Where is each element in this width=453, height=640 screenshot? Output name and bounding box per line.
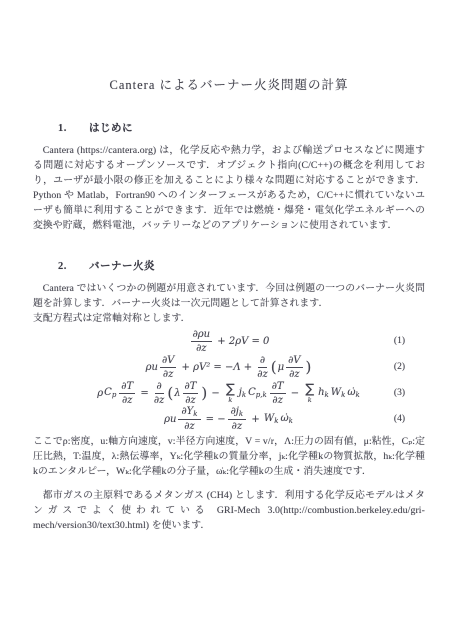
section-1-heading: 1.はじめに [58,122,425,135]
equation-2: ρu∂V∂z + ρV² = −Λ + ∂∂z(μ∂V∂z) (2) [33,354,425,380]
equation-2-formula: ρu∂V∂z + ρV² = −Λ + ∂∂z(μ∂V∂z) [146,355,313,380]
section-1-number: 1. [58,122,89,135]
section-1-title: はじめに [89,123,133,134]
equations-block: ∂ρu∂z + 2ρV = 0 (1) ρu∂V∂z + ρV² = −Λ + … [33,328,425,432]
document-page: Cantera によるバーナー火炎問題の計算 1.はじめに Cantera (h… [0,0,453,640]
equation-3: ρCp∂T∂z = ∂∂z(λ∂T∂z) − ∑kjkCp,k∂T∂z − ∑k… [33,380,425,406]
section-2-title: バーナー火炎 [89,261,155,272]
equation-1: ∂ρu∂z + 2ρV = 0 (1) [33,328,425,354]
section-2-number: 2. [58,260,89,273]
equation-4-formula: ρu∂Yk∂z = −∂jk∂z + Wkω̇k [164,406,294,432]
document-title: Cantera によるバーナー火炎問題の計算 [33,78,425,92]
equation-4: ρu∂Yk∂z = −∂jk∂z + Wkω̇k (4) [33,406,425,432]
equation-4-number: (4) [394,414,405,424]
equation-3-number: (3) [394,388,405,398]
paragraph-intro: Cantera (https://cantera.org) は，化学反応や熱力学… [33,143,425,233]
equation-1-number: (1) [394,336,405,346]
section-2-heading: 2.バーナー火炎 [58,260,425,273]
equation-1-formula: ∂ρu∂z + 2ρV = 0 [189,329,270,354]
paragraph-mechanism: 都市ガスの主原料であるメタンガス (CH4) とします．利用する化学反応モデルは… [33,488,425,533]
paragraph-nomenclature: ここでρ:密度，u:軸方向速度，v:半径方向速度，V = v/r，Λ:圧力の固有… [33,434,425,479]
paragraph-governing: 支配方程式は定常軸対称とします． [33,311,425,326]
equation-2-number: (2) [394,362,405,372]
paragraph-burner: Cantera ではいくつかの例題が用意されています．今回は例題の一つのバーナー… [33,281,425,311]
equation-3-formula: ρCp∂T∂z = ∂∂z(λ∂T∂z) − ∑kjkCp,k∂T∂z − ∑k… [97,381,360,406]
